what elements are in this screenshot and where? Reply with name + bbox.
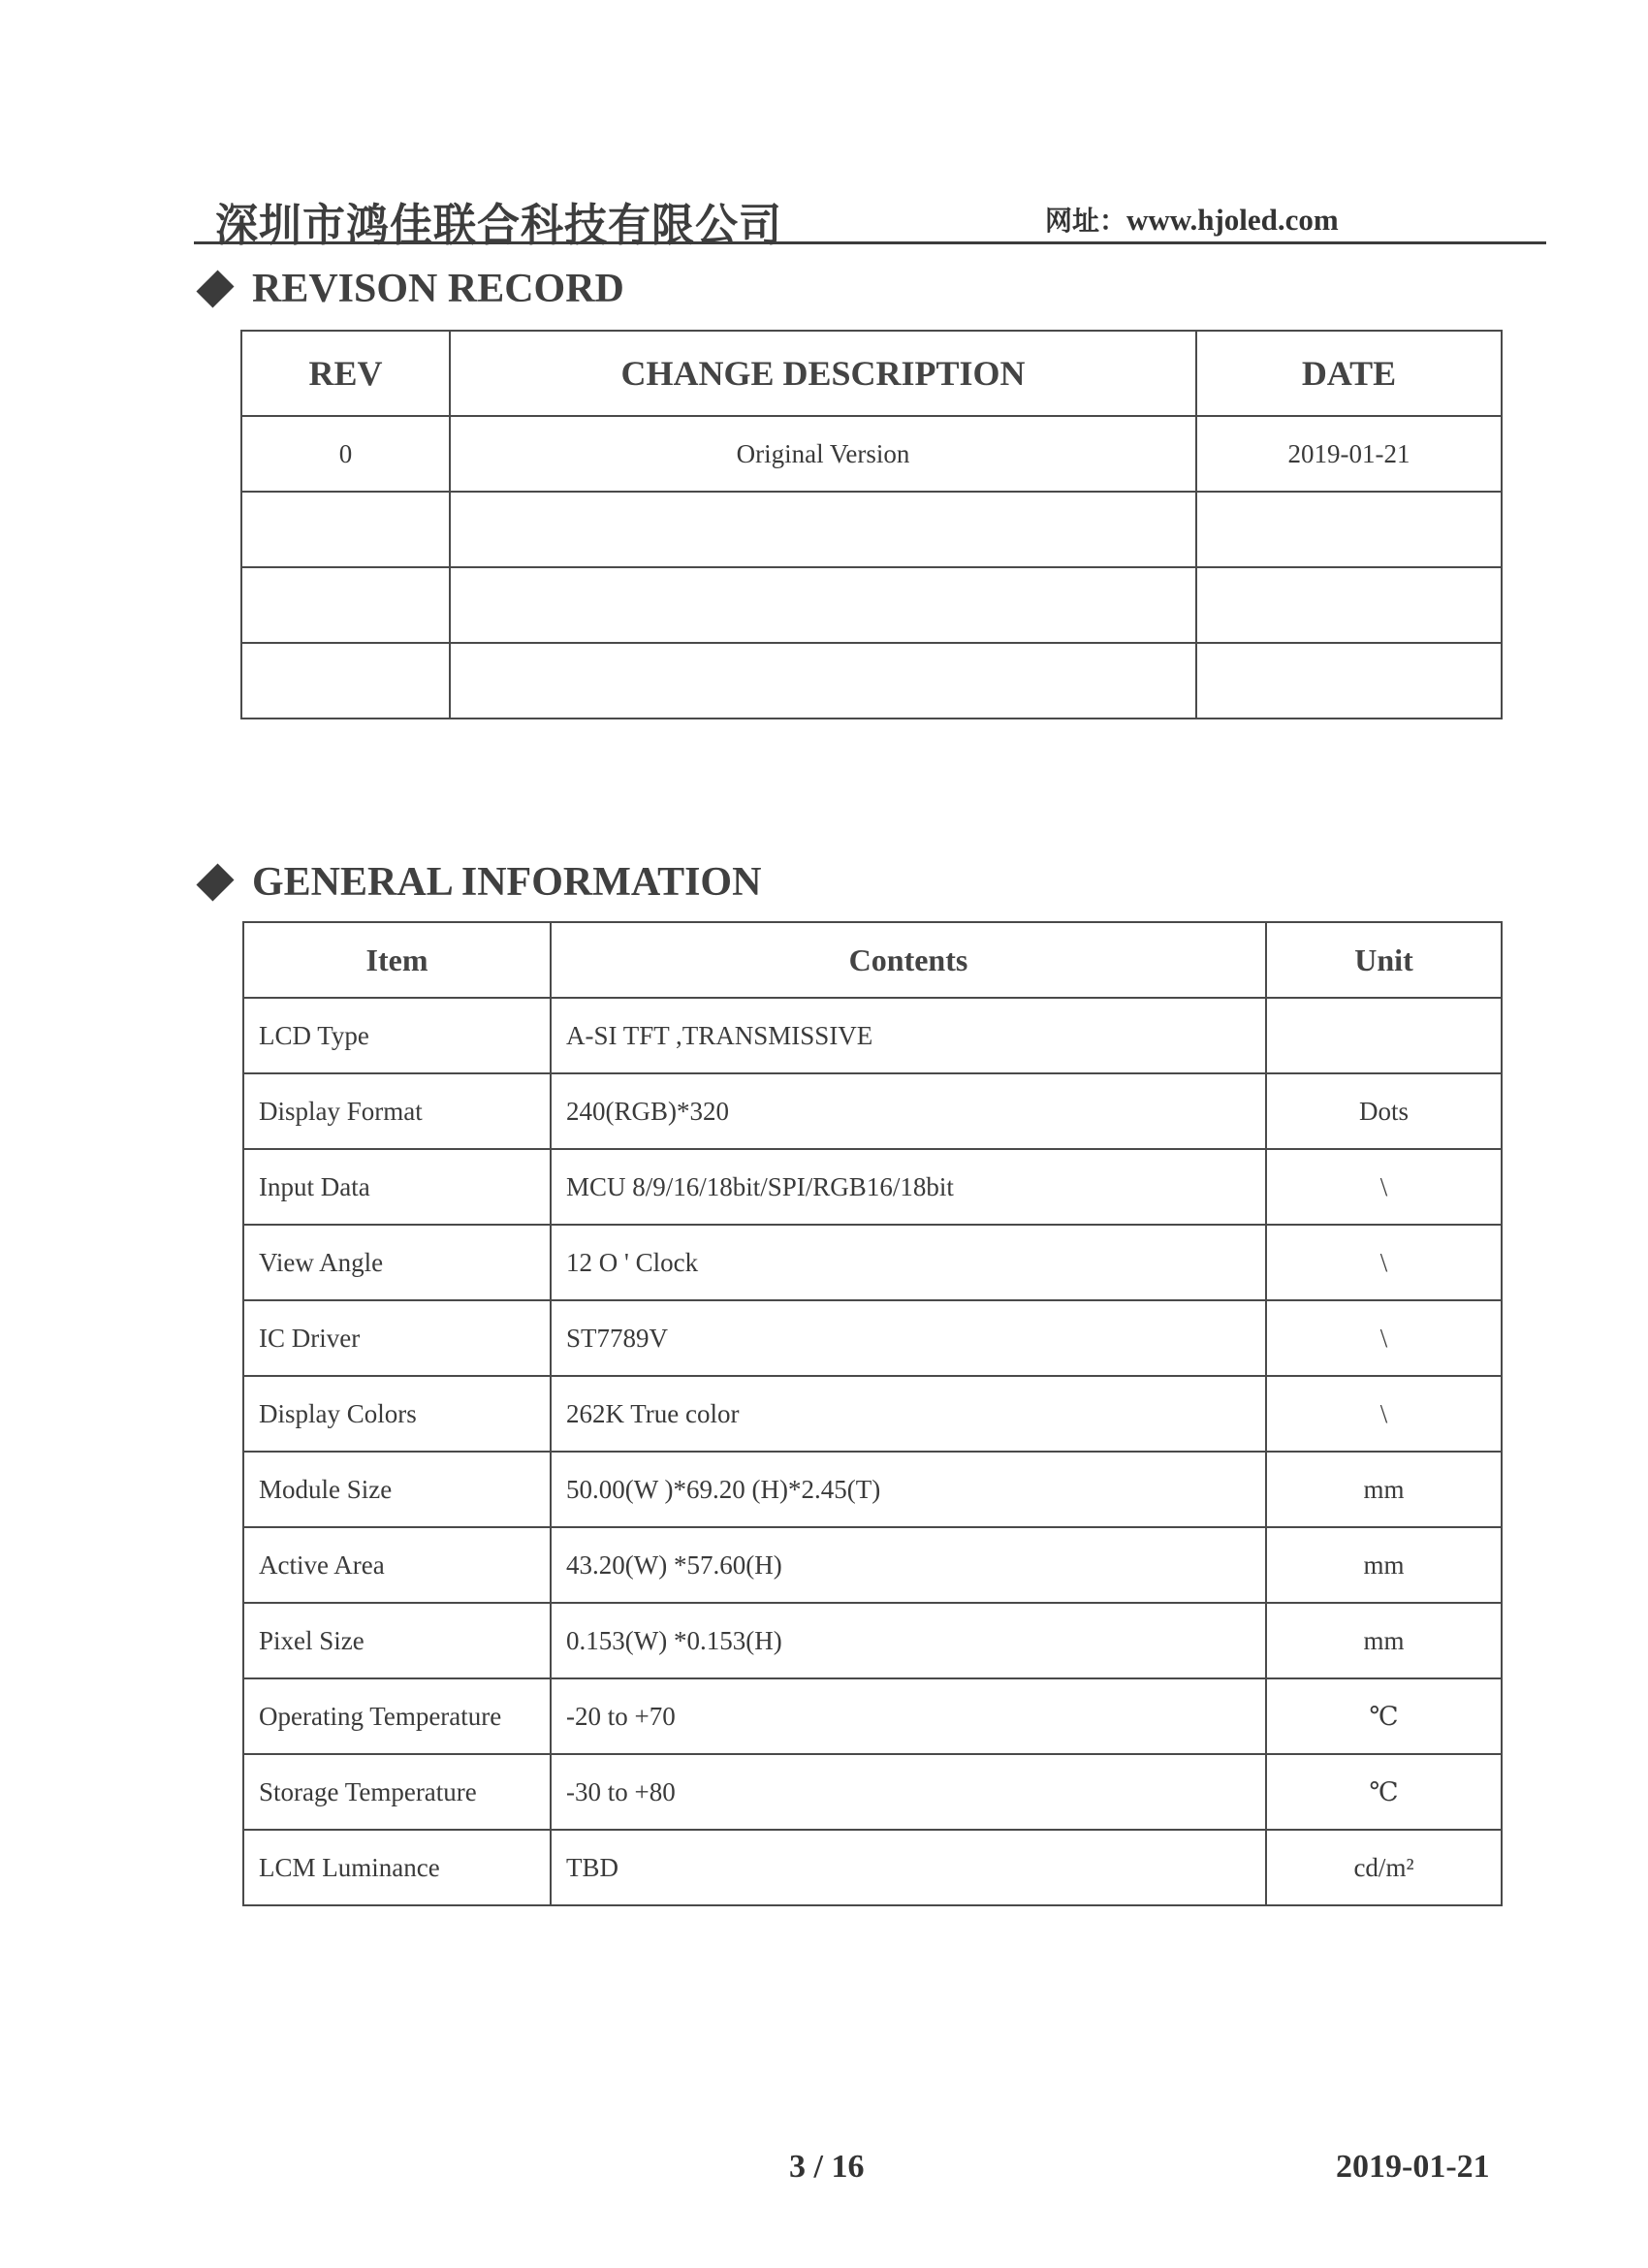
date-cell: 2019-01-21 [1196, 416, 1502, 492]
table-row: Pixel Size0.153(W) *0.153(H)mm [243, 1603, 1502, 1678]
column-header-rev: REV [241, 331, 450, 416]
unit-cell: mm [1266, 1603, 1502, 1678]
description-cell [450, 492, 1196, 567]
item-cell: LCD Type [243, 998, 551, 1073]
diamond-bullet-icon [196, 863, 234, 901]
table-row: Module Size50.00(W )*69.20 (H)*2.45(T)mm [243, 1452, 1502, 1527]
unit-cell: \ [1266, 1300, 1502, 1376]
table-row: 0 Original Version 2019-01-21 [241, 416, 1502, 492]
table-row: LCM LuminanceTBDcd/m² [243, 1830, 1502, 1905]
rev-cell [241, 567, 450, 643]
unit-cell: ℃ [1266, 1754, 1502, 1830]
website-url[interactable]: www.hjoled.com [1126, 203, 1339, 237]
column-header-unit: Unit [1266, 922, 1502, 998]
unit-cell: \ [1266, 1149, 1502, 1225]
general-information-table: Item Contents Unit LCD TypeA-SI TFT ,TRA… [242, 921, 1503, 1906]
rev-cell [241, 492, 450, 567]
table-row [241, 492, 1502, 567]
date-cell [1196, 492, 1502, 567]
table-header-row: REV CHANGE DESCRIPTION DATE [241, 331, 1502, 416]
column-header-date: DATE [1196, 331, 1502, 416]
date-cell [1196, 567, 1502, 643]
rev-cell: 0 [241, 416, 450, 492]
contents-cell: 43.20(W) *57.60(H) [551, 1527, 1266, 1603]
unit-cell: Dots [1266, 1073, 1502, 1149]
unit-cell: mm [1266, 1527, 1502, 1603]
revision-record-table: REV CHANGE DESCRIPTION DATE 0 Original V… [240, 330, 1503, 719]
unit-cell: ℃ [1266, 1678, 1502, 1754]
table-header-row: Item Contents Unit [243, 922, 1502, 998]
date-cell [1196, 643, 1502, 719]
table-row: Display Colors262K True color\ [243, 1376, 1502, 1452]
table-row: Active Area43.20(W) *57.60(H)mm [243, 1527, 1502, 1603]
item-cell: LCM Luminance [243, 1830, 551, 1905]
item-cell: Module Size [243, 1452, 551, 1527]
item-cell: Active Area [243, 1527, 551, 1603]
item-cell: Display Colors [243, 1376, 551, 1452]
table-row: Display Format240(RGB)*320Dots [243, 1073, 1502, 1149]
unit-cell: \ [1266, 1225, 1502, 1300]
table-row [241, 643, 1502, 719]
column-header-change-description: CHANGE DESCRIPTION [450, 331, 1196, 416]
rev-cell [241, 643, 450, 719]
general-information-title: GENERAL INFORMATION [252, 859, 761, 906]
item-cell: Display Format [243, 1073, 551, 1149]
revision-record-title: REVISON RECORD [252, 266, 624, 312]
item-cell: Operating Temperature [243, 1678, 551, 1754]
diamond-bullet-icon [196, 270, 234, 307]
contents-cell: ST7789V [551, 1300, 1266, 1376]
item-cell: IC Driver [243, 1300, 551, 1376]
contents-cell: 12 O ' Clock [551, 1225, 1266, 1300]
item-cell: Storage Temperature [243, 1754, 551, 1830]
table-row: IC DriverST7789V\ [243, 1300, 1502, 1376]
table-row: Input DataMCU 8/9/16/18bit/SPI/RGB16/18b… [243, 1149, 1502, 1225]
table-row: View Angle12 O ' Clock\ [243, 1225, 1502, 1300]
contents-cell: 240(RGB)*320 [551, 1073, 1266, 1149]
contents-cell: 0.153(W) *0.153(H) [551, 1603, 1266, 1678]
contents-cell: -20 to +70 [551, 1678, 1266, 1754]
page-number: 3 / 16 [789, 2149, 864, 2186]
table-row: Operating Temperature-20 to +70℃ [243, 1678, 1502, 1754]
website-label: 网址： [1045, 205, 1126, 237]
contents-cell: -30 to +80 [551, 1754, 1266, 1830]
unit-cell: cd/m² [1266, 1830, 1502, 1905]
header-divider [194, 241, 1546, 244]
contents-cell: 262K True color [551, 1376, 1266, 1452]
description-cell: Original Version [450, 416, 1196, 492]
column-header-contents: Contents [551, 922, 1266, 998]
description-cell [450, 643, 1196, 719]
item-cell: Input Data [243, 1149, 551, 1225]
revision-record-heading: REVISON RECORD [200, 266, 624, 312]
description-cell [450, 567, 1196, 643]
footer-date: 2019-01-21 [1336, 2149, 1490, 2186]
unit-cell [1266, 998, 1502, 1073]
item-cell: View Angle [243, 1225, 551, 1300]
table-row: LCD TypeA-SI TFT ,TRANSMISSIVE [243, 998, 1502, 1073]
contents-cell: A-SI TFT ,TRANSMISSIVE [551, 998, 1266, 1073]
contents-cell: 50.00(W )*69.20 (H)*2.45(T) [551, 1452, 1266, 1527]
general-information-heading: GENERAL INFORMATION [200, 859, 761, 906]
item-cell: Pixel Size [243, 1603, 551, 1678]
unit-cell: \ [1266, 1376, 1502, 1452]
table-row: Storage Temperature-30 to +80℃ [243, 1754, 1502, 1830]
contents-cell: MCU 8/9/16/18bit/SPI/RGB16/18bit [551, 1149, 1266, 1225]
table-row [241, 567, 1502, 643]
unit-cell: mm [1266, 1452, 1502, 1527]
website: 网址：www.hjoled.com [1045, 200, 1339, 239]
column-header-item: Item [243, 922, 551, 998]
contents-cell: TBD [551, 1830, 1266, 1905]
